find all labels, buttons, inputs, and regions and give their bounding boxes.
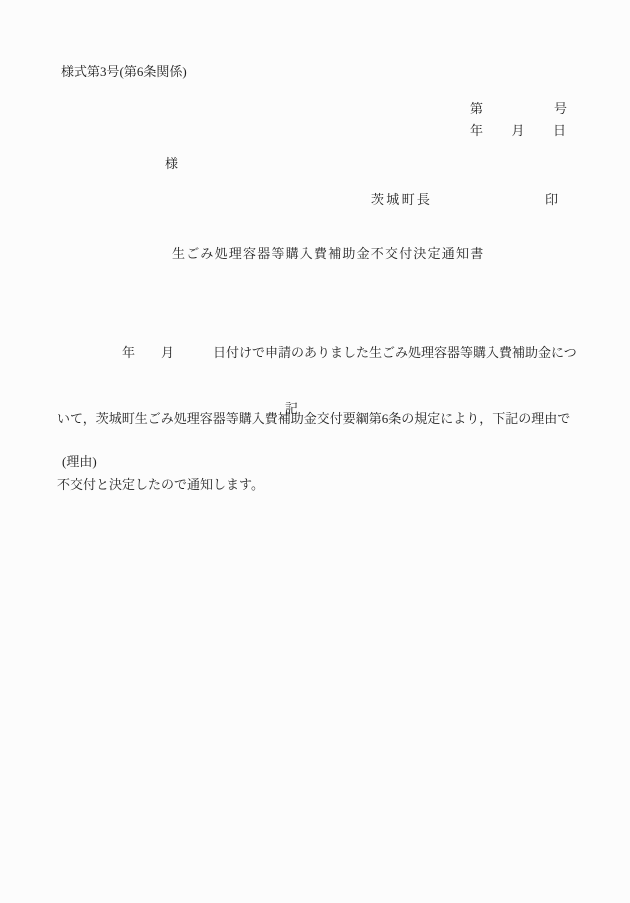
addressee-honorific-label: 様 [165, 157, 178, 170]
doc-number-suffix-label: 号 [554, 102, 567, 115]
document-title: 生ごみ処理容器等購入費補助金不交付決定通知書 [172, 247, 484, 260]
date-year-label: 年 [470, 124, 483, 137]
reason-label: (理由) [62, 455, 97, 468]
document-page: 様式第3号(第6条関係) 第 号 年 月 日 様 茨城町長 印 生ごみ処理容器等… [0, 0, 630, 903]
body-paragraph: 年 月 日付けで申請のありました生ごみ処理容器等購入費補助金につ いて，茨城町生… [57, 298, 582, 540]
issuer-line: 茨城町長 印 [371, 193, 558, 206]
body-line: 不交付と決定したので通知します。 [57, 474, 582, 496]
body-line: いて，茨城町生ごみ処理容器等購入費補助金交付要綱第6条の規定により，下記の理由で [57, 408, 582, 430]
issuer-label: 茨城町長 [371, 193, 432, 206]
form-number-label: 様式第3号(第6条関係) [61, 65, 187, 78]
doc-number-line: 第 号 [470, 102, 567, 115]
date-line: 年 月 日 [470, 124, 566, 137]
body-line: 年 月 日付けで申請のありました生ごみ処理容器等購入費補助金につ [57, 342, 582, 364]
record-marker-label: 記 [285, 402, 298, 415]
doc-number-prefix-label: 第 [470, 102, 483, 115]
date-day-label: 日 [553, 124, 566, 137]
date-month-label: 月 [511, 124, 524, 137]
seal-placeholder-label: 印 [545, 193, 558, 206]
